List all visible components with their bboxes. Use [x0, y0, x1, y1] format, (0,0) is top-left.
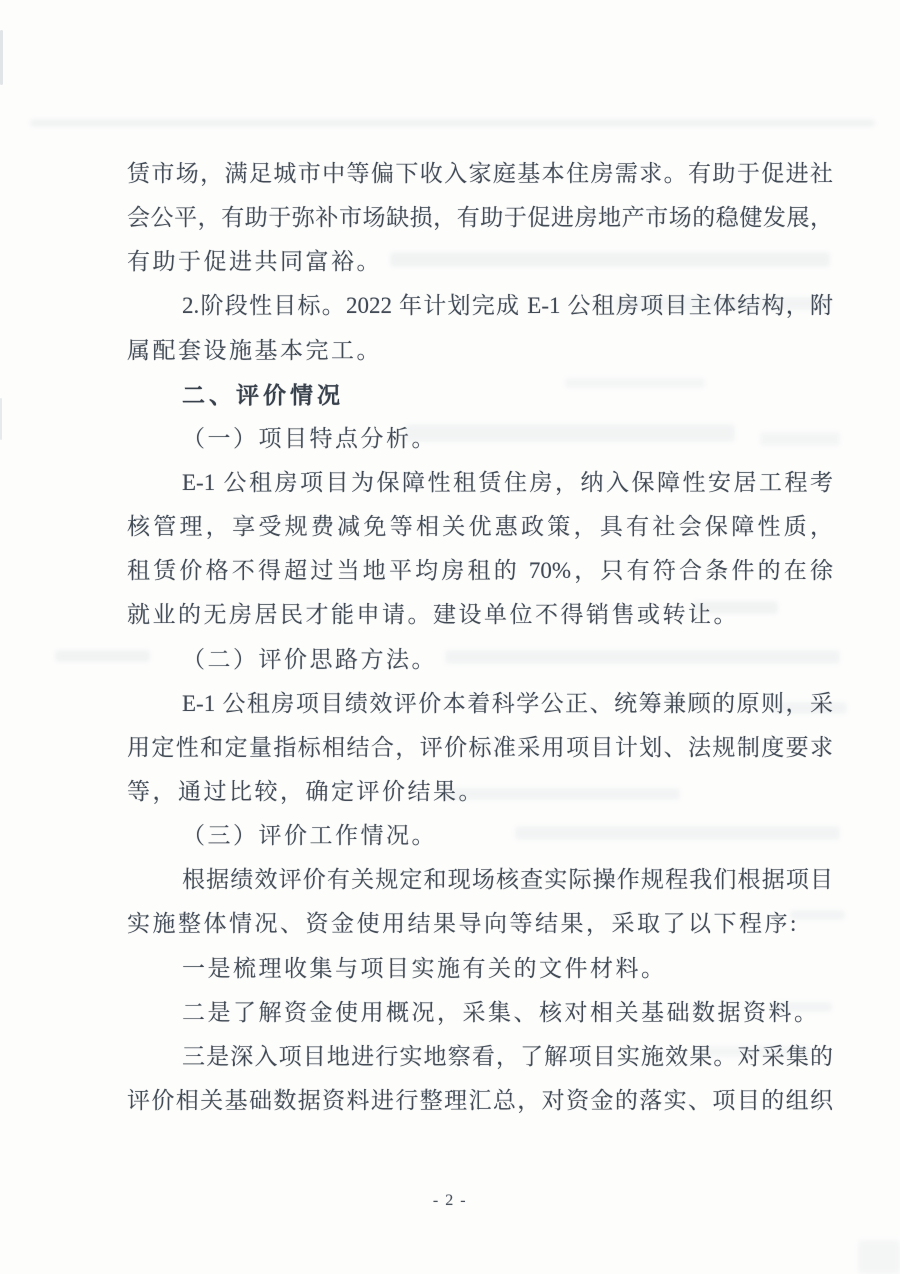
text-line: 一是梳理收集与项目实施有关的文件材料。 [127, 947, 833, 991]
text-line: 就业的无房居民才能申请。建设单位不得销售或转让。 [127, 593, 833, 637]
text-line: 赁市场，满足城市中等偏下收入家庭基本住房需求。有助于促进社 [127, 152, 833, 196]
text-line: E-1 公租房项目绩效评价本着科学公正、统筹兼顾的原则，采 [127, 682, 833, 726]
section-subheading: （二）评价思路方法。 [127, 638, 833, 682]
text-line: 2.阶段性目标。2022 年计划完成 E-1 公租房项目主体结构，附 [127, 284, 833, 328]
scan-edge-artifact [858, 1240, 900, 1274]
bleed-through-artifact [30, 119, 875, 127]
text-line: 有助于促进共同富裕。 [127, 240, 833, 284]
scan-edge-artifact [0, 398, 2, 440]
text-line: 二是了解资金使用概况，采集、核对相关基础数据资料。 [127, 991, 833, 1035]
text-line: 实施整体情况、资金使用结果导向等结果，采取了以下程序: [127, 902, 833, 946]
text-line: 根据绩效评价有关规定和现场核查实际操作规程我们根据项目 [127, 858, 833, 902]
text-line: 等，通过比较，确定评价结果。 [127, 770, 833, 814]
section-heading: 二、评价情况 [127, 373, 833, 417]
text-line: 三是深入项目地进行实地察看，了解项目实施效果。对采集的 [127, 1035, 833, 1079]
page-number: - 2 - [433, 1192, 467, 1209]
document-body: 赁市场，满足城市中等偏下收入家庭基本住房需求。有助于促进社会公平，有助于弥补市场… [127, 152, 833, 1123]
text-line: 核管理，享受规费减免等相关优惠政策，具有社会保障性质， [127, 505, 833, 549]
scan-edge-artifact [0, 30, 3, 85]
text-line: 用定性和定量指标相结合，评价标准采用项目计划、法规制度要求 [127, 726, 833, 770]
text-line: 租赁价格不得超过当地平均房租的 70%，只有符合条件的在徐 [127, 549, 833, 593]
text-line: 会公平，有助于弥补市场缺损，有助于促进房地产市场的稳健发展， [127, 196, 833, 240]
text-line: 评价相关基础数据资料进行整理汇总，对资金的落实、项目的组织 [127, 1079, 833, 1123]
section-subheading: （一）项目特点分析。 [127, 417, 833, 461]
page-footer: - 2 - [0, 1192, 900, 1210]
document-page: 赁市场，满足城市中等偏下收入家庭基本住房需求。有助于促进社会公平，有助于弥补市场… [0, 0, 900, 1274]
section-subheading: （三）评价工作情况。 [127, 814, 833, 858]
text-line: E-1 公租房项目为保障性租赁住房，纳入保障性安居工程考 [127, 461, 833, 505]
text-line: 属配套设施基本完工。 [127, 329, 833, 373]
